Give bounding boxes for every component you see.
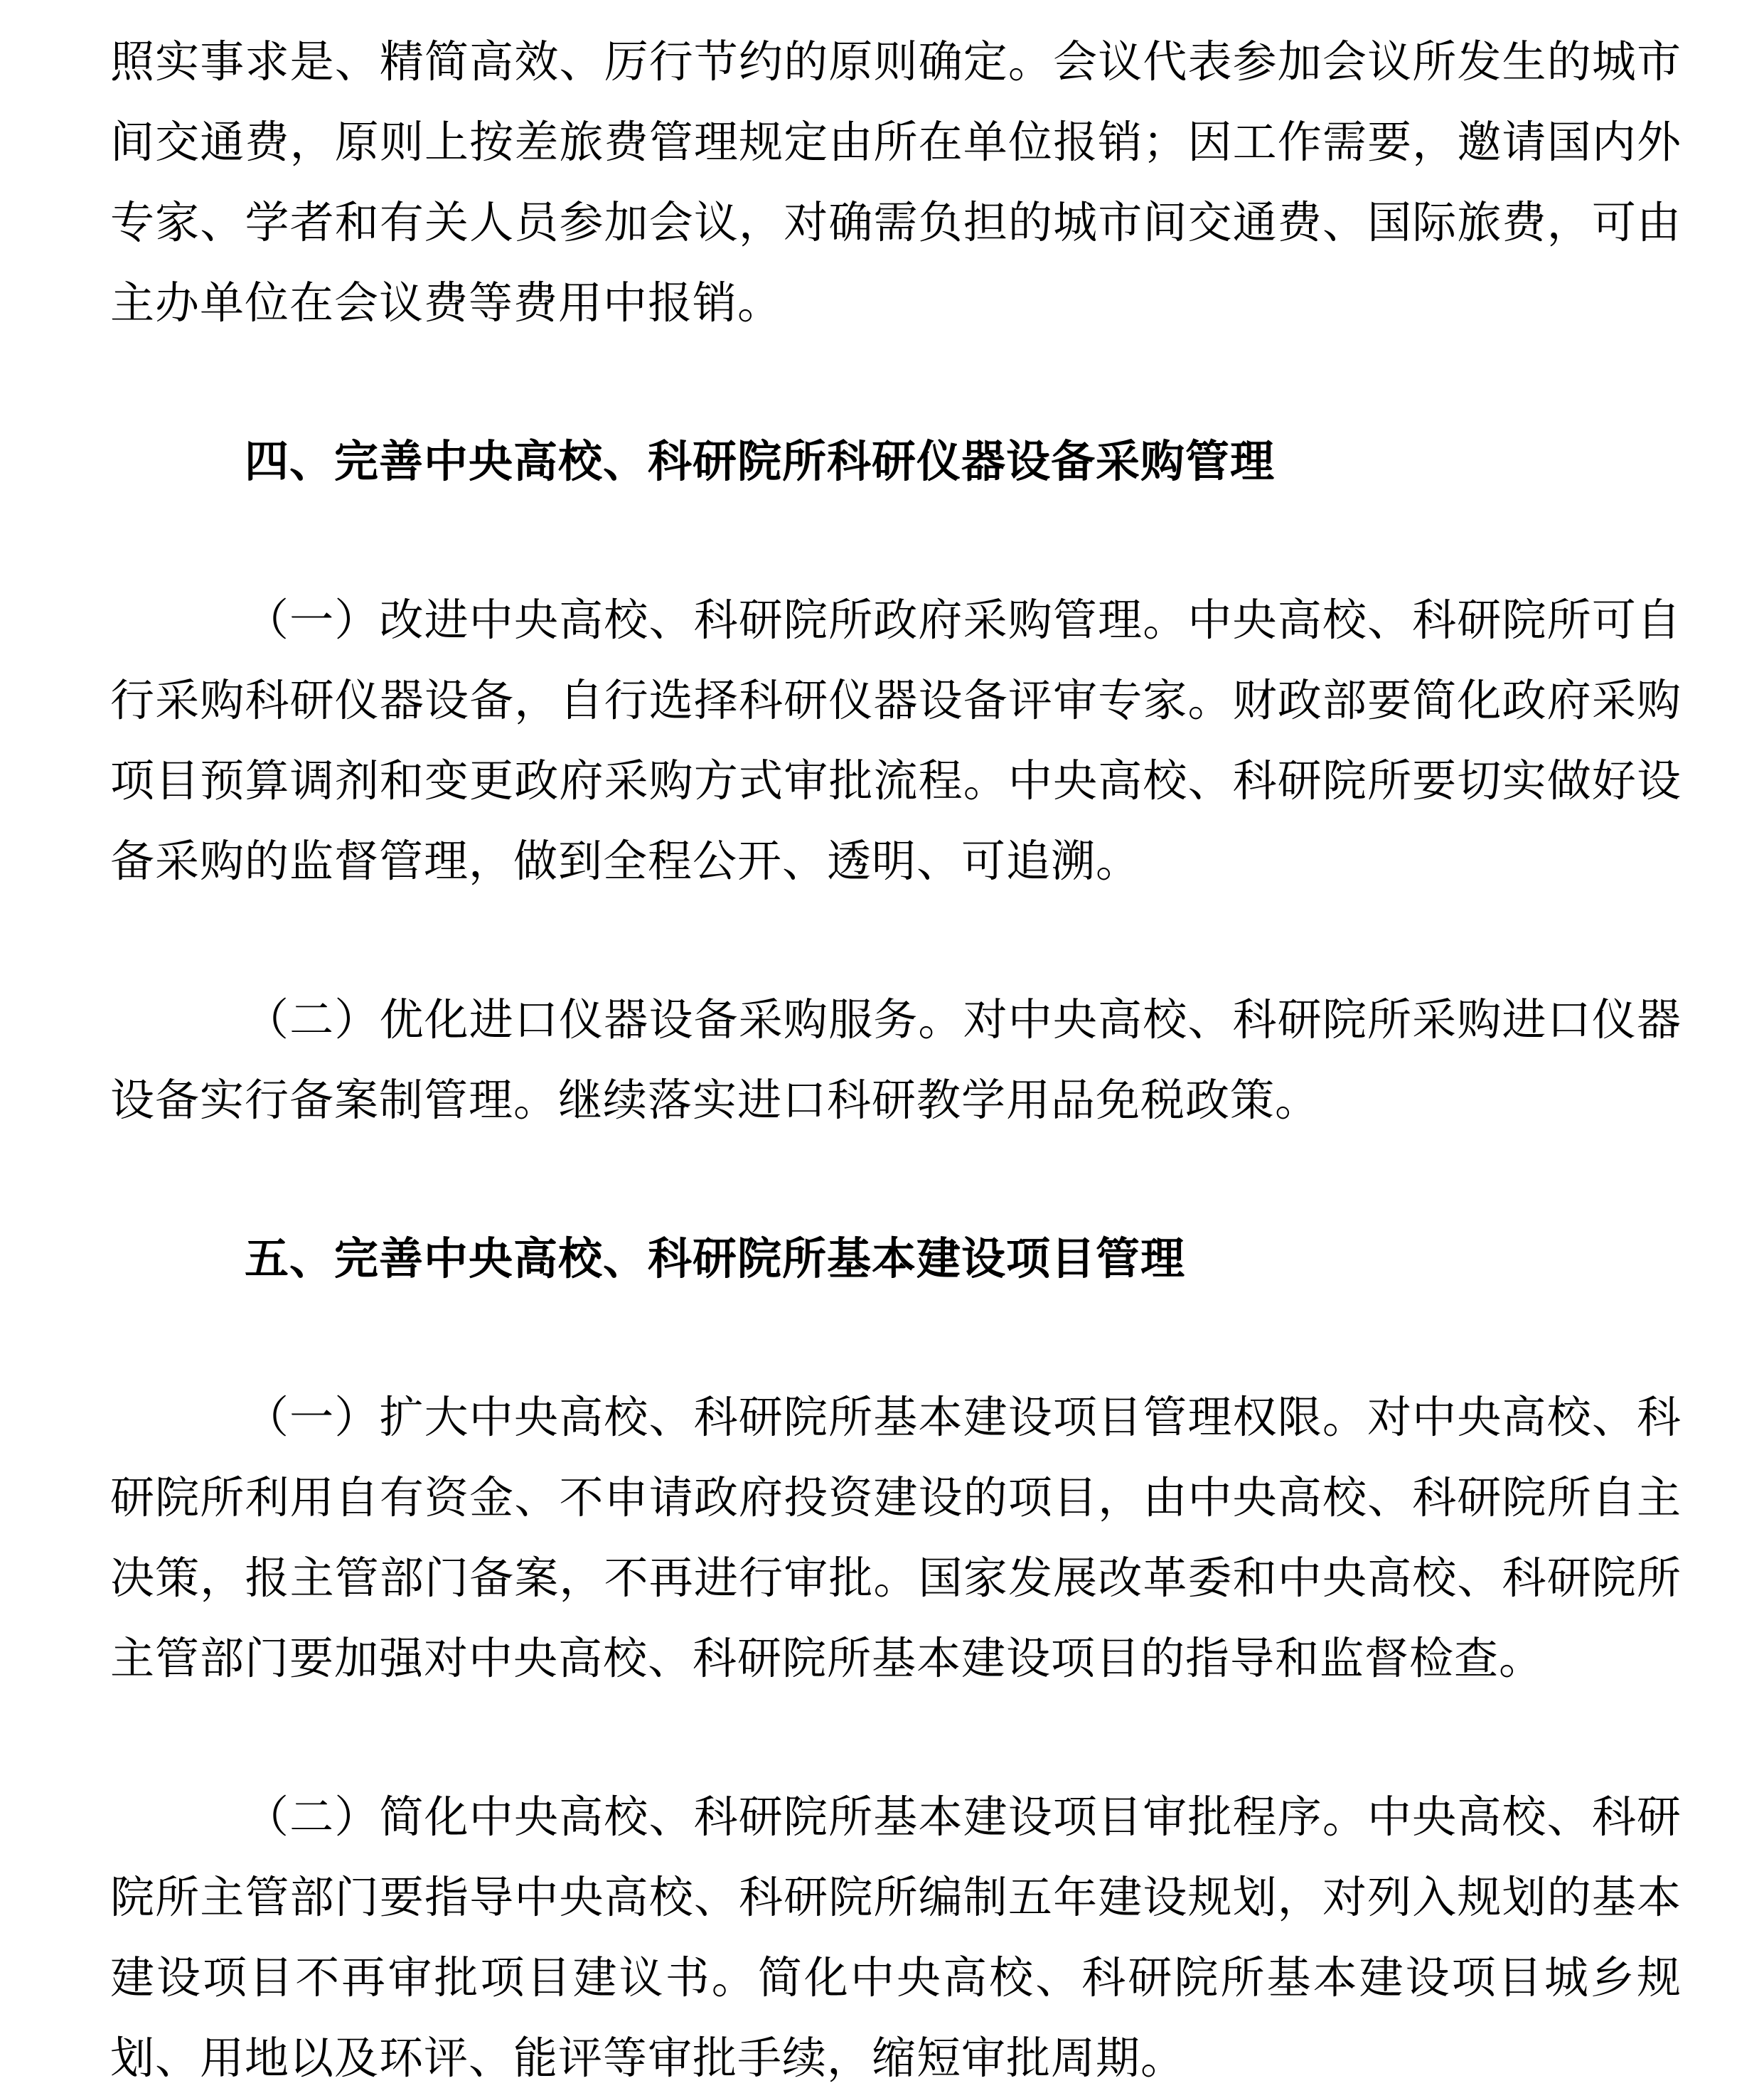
section-4-paragraph-2: （二）优化进口仪器设备采购服务。对中央高校、科研院所采购进口仪器设备实行备案制管… <box>110 981 1682 1141</box>
section-4-paragraph-1: （一）改进中央高校、科研院所政府采购管理。中央高校、科研院所可自行采购科研仪器设… <box>110 581 1682 902</box>
section-5-heading: 五、完善中央高校、科研院所基本建设项目管理 <box>110 1220 1682 1300</box>
section-5-paragraph-1: （一）扩大中央高校、科研院所基本建设项目管理权限。对中央高校、科研院所利用自有资… <box>110 1378 1682 1700</box>
body-paragraph-meeting-expenses: 照实事求是、精简高效、厉行节约的原则确定。会议代表参加会议所发生的城市间交通费，… <box>110 23 1682 344</box>
section-5-paragraph-2: （二）简化中央高校、科研院所基本建设项目审批程序。中央高校、科研院所主管部门要指… <box>110 1778 1682 2098</box>
section-4-heading: 四、完善中央高校、科研院所科研仪器设备采购管理 <box>110 422 1682 503</box>
document-page: 照实事求是、精简高效、厉行节约的原则确定。会议代表参加会议所发生的城市间交通费，… <box>0 0 1764 2098</box>
